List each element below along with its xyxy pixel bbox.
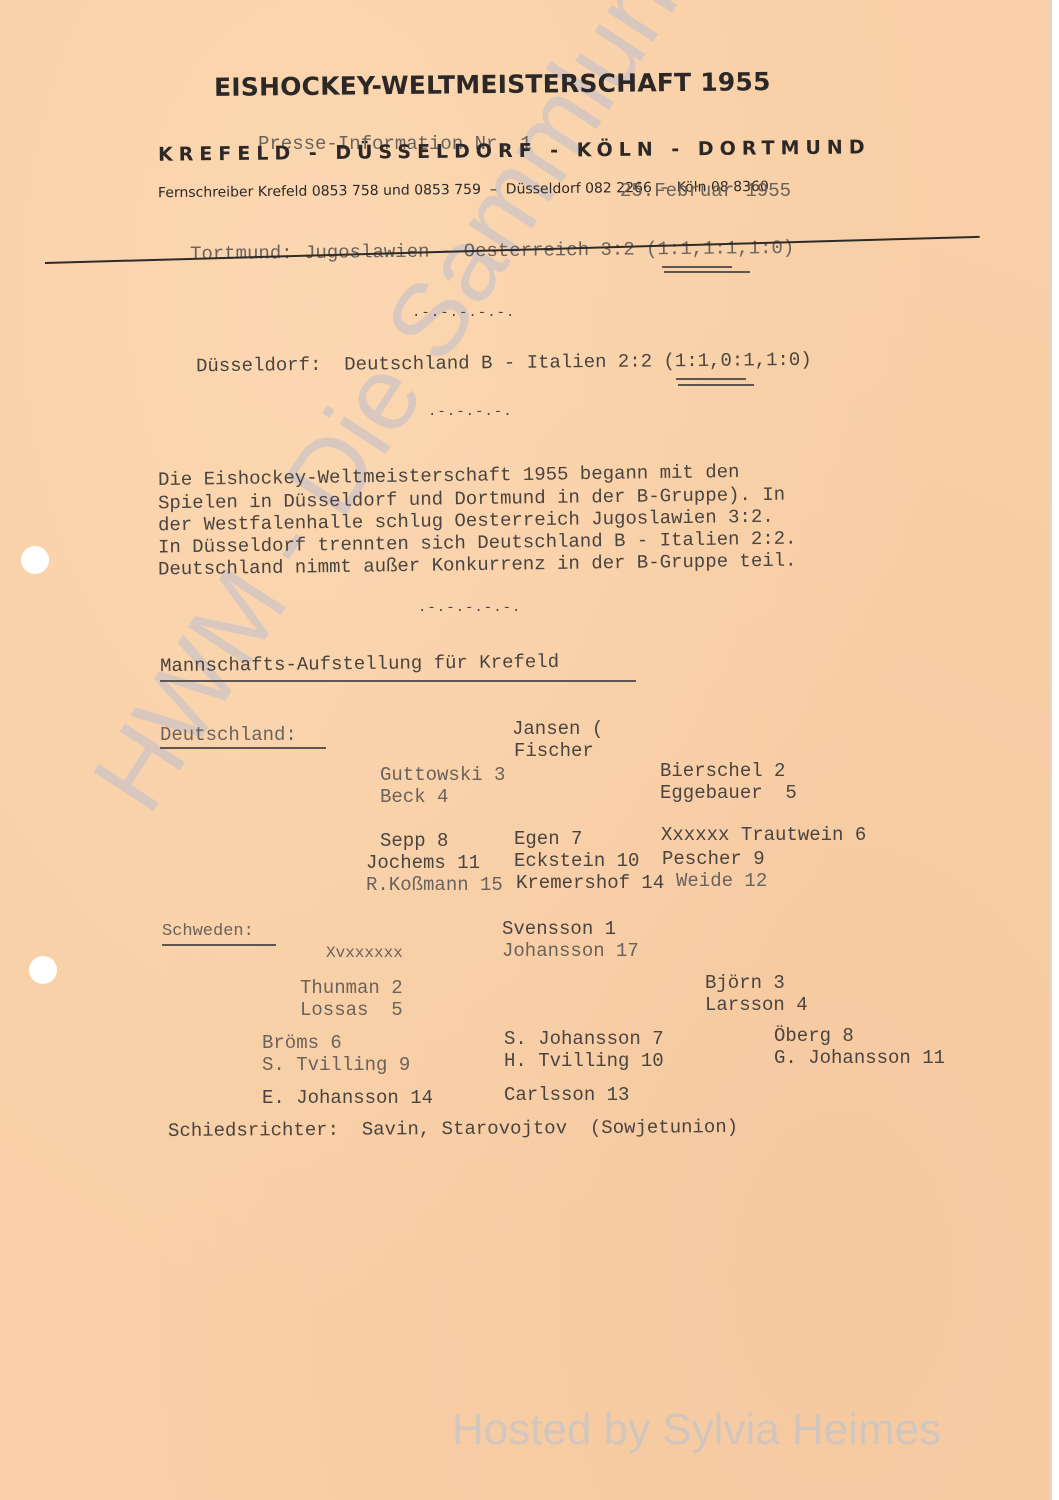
sweden-struck-word: Xvxxxxxx <box>326 944 403 962</box>
heading-underline <box>160 680 636 682</box>
sweden-forward: H. Tvilling 10 <box>504 1050 664 1072</box>
germany-goalie: Fischer <box>514 740 594 762</box>
score-double-underline <box>678 384 754 386</box>
germany-forward: Egen 7 <box>514 828 582 850</box>
sweden-forward: G. Johansson 11 <box>774 1047 945 1069</box>
lineup-heading: Mannschafts-Aufstellung für Krefeld <box>160 651 559 677</box>
sweden-defense: Thunman 2 <box>300 977 403 999</box>
sweden-forward: Öberg 8 <box>774 1025 854 1047</box>
separator: .-.-.-.-.-. <box>418 600 521 616</box>
sweden-defense: Björn 3 <box>705 972 785 994</box>
sweden-forward: E. Johansson 14 <box>262 1087 433 1109</box>
germany-defense: Beck 4 <box>380 786 448 808</box>
germany-goalie: Jansen ( <box>512 718 603 740</box>
sweden-forward: Carlsson 13 <box>504 1084 629 1106</box>
germany-forward: Kremershof 14 <box>516 872 664 894</box>
separator: .-.-.-.-.-. <box>412 305 515 321</box>
germany-forward: Jochems 11 <box>366 852 480 874</box>
watermark-hosted: Hosted by Sylvia Heimes <box>452 1405 941 1455</box>
germany-defense: Bierschel 2 <box>660 760 785 782</box>
germany-forward: Pescher 9 <box>662 848 765 870</box>
referees-line: Schiedsrichter: Savin, Starovojtov (Sowj… <box>168 1116 738 1142</box>
sweden-goalie: Johansson 17 <box>502 940 639 962</box>
germany-forward: R.Koßmann 15 <box>366 874 503 896</box>
germany-defense: Guttowski 3 <box>380 764 505 786</box>
germany-forward: Weide 12 <box>676 870 767 892</box>
sweden-defense: Larsson 4 <box>705 994 808 1016</box>
team-label-underline <box>162 944 276 946</box>
germany-forward: Xxxxxx Trautwein 6 <box>661 824 866 846</box>
team-label-underline <box>160 747 326 749</box>
team-label-germany: Deutschland: <box>160 724 297 746</box>
separator: .-.-.-.-. <box>428 404 513 420</box>
punch-hole-top <box>21 546 49 574</box>
sweden-goalie: Svensson 1 <box>502 918 616 940</box>
sweden-forward: Bröms 6 <box>262 1032 342 1054</box>
punch-hole-bottom <box>29 956 57 984</box>
germany-forward: Eckstein 10 <box>514 850 639 872</box>
letterhead-title: EISHOCKEY-WELTMEISTERSCHAFT 1955 <box>214 67 771 102</box>
team-label-sweden: Schweden: <box>162 922 254 941</box>
germany-forward: Sepp 8 <box>380 830 448 852</box>
sweden-forward: S. Tvilling 9 <box>262 1054 410 1076</box>
sweden-defense: Lossas 5 <box>300 999 403 1021</box>
score-double-underline <box>676 378 746 380</box>
germany-defense: Eggebauer 5 <box>660 782 797 804</box>
sweden-forward: S. Johansson 7 <box>504 1028 664 1050</box>
press-date: 25.Februar 1955 <box>620 180 791 202</box>
score-double-underline <box>662 266 732 268</box>
page-edge <box>1050 0 1052 1500</box>
score-double-underline <box>664 271 750 273</box>
